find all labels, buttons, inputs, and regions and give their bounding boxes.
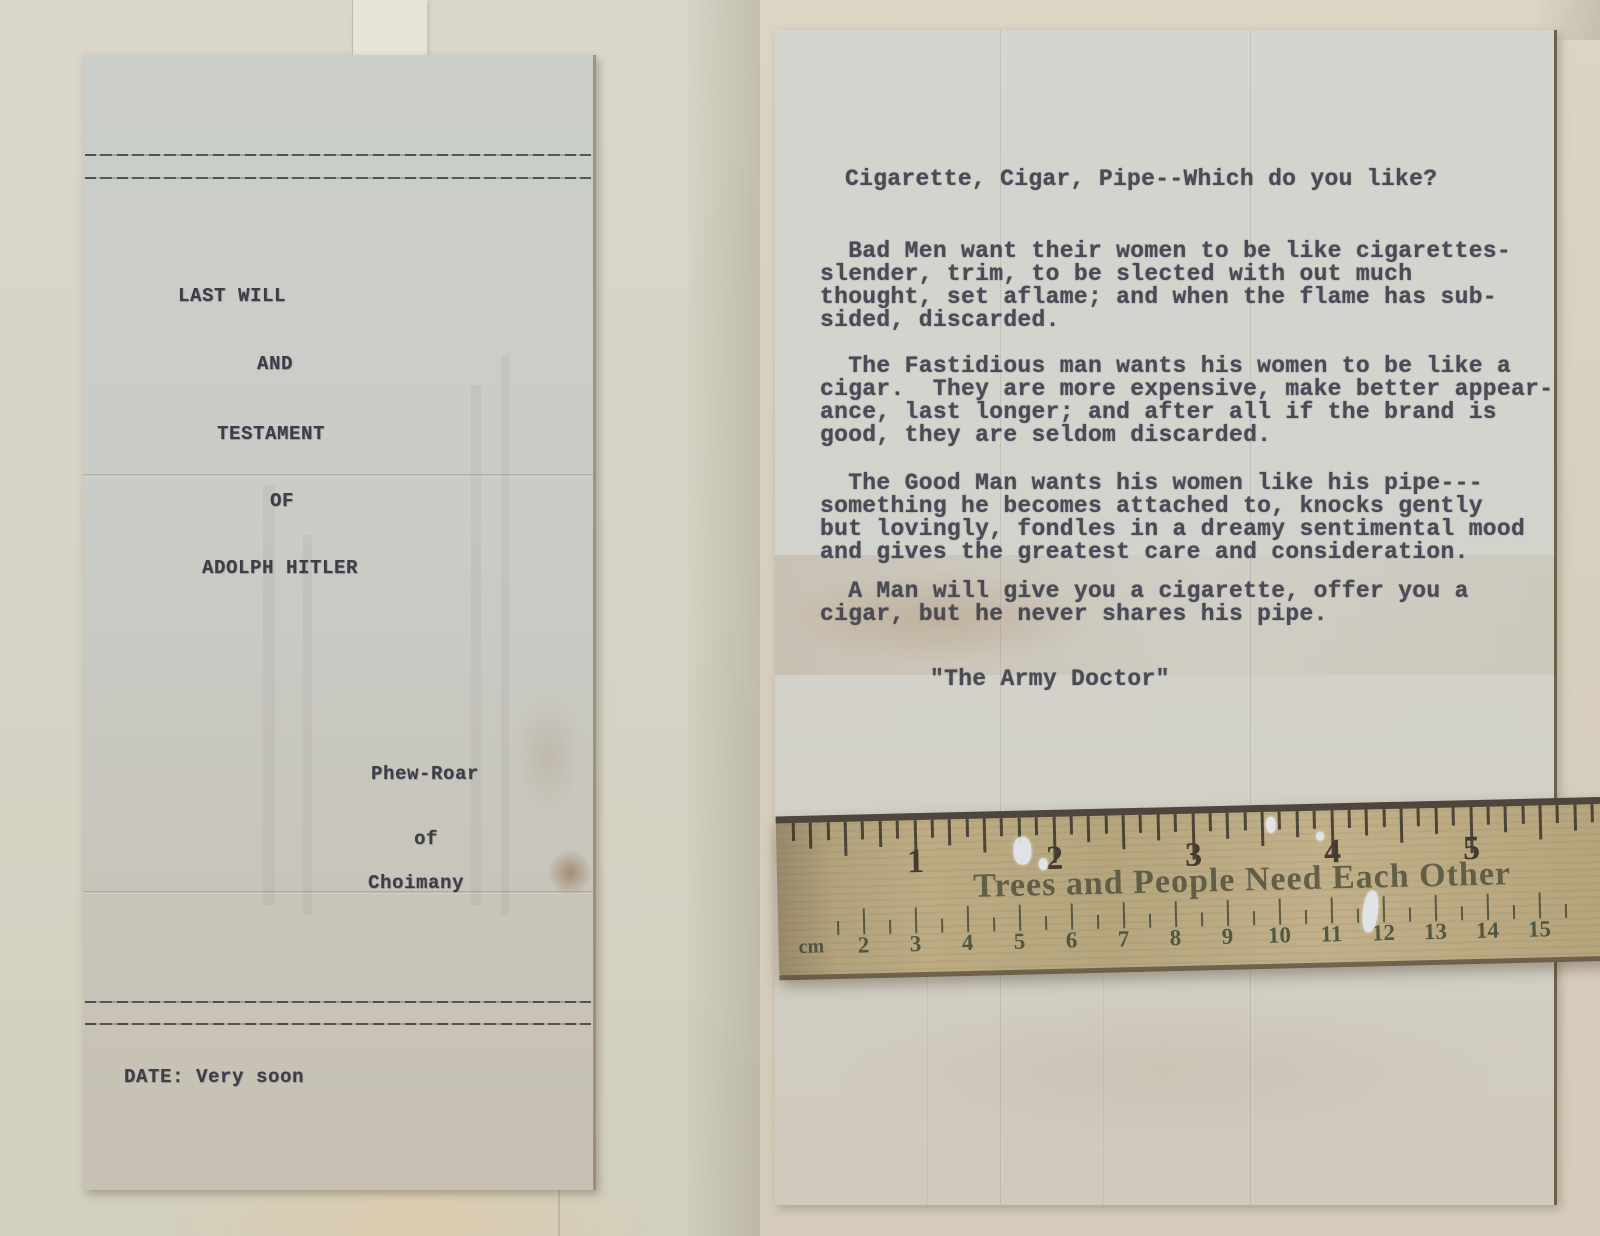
paint-speck: [1013, 836, 1032, 864]
inch-tick: [1295, 811, 1299, 837]
inch-tick: [1486, 807, 1489, 825]
will-title-line-5: ADOLPH HITLER: [202, 557, 358, 579]
cm-tick: [1253, 911, 1255, 925]
inch-tick: [1382, 809, 1385, 827]
inch-tick: [1521, 806, 1524, 824]
letter-heading: Cigarette, Cigar, Pipe--Which do you lik…: [845, 168, 1437, 191]
show-through-streak: [263, 485, 275, 905]
cm-number: 3: [910, 931, 922, 957]
top-dashed-rule-2: [85, 177, 591, 179]
inch-tick: [1365, 810, 1369, 836]
inch-tick: [1069, 816, 1072, 834]
cm-number: 6: [1065, 927, 1077, 953]
inch-tick: [965, 819, 968, 837]
cm-tick: [837, 921, 839, 935]
fold-crease: [83, 891, 593, 894]
cm-tick: [1201, 912, 1203, 926]
cm-number: 15: [1528, 916, 1552, 943]
letter-signature: "The Army Doctor": [930, 668, 1170, 691]
will-title-line-2: AND: [257, 353, 293, 375]
cm-tick: [941, 919, 943, 933]
stain-blob: [815, 990, 1515, 1150]
cm-number: 14: [1476, 917, 1500, 944]
will-author-line-2: of: [414, 828, 438, 850]
inch-tick: [948, 819, 952, 845]
will-date-line: DATE: Very soon: [124, 1066, 304, 1088]
paint-speck: [1266, 817, 1276, 833]
inch-tick: [1347, 810, 1350, 828]
cm-tick: [993, 917, 995, 931]
cm-tick: [1461, 906, 1463, 920]
inch-tick: [1000, 818, 1003, 836]
inch-tick: [1504, 806, 1508, 832]
cm-tick: [1097, 915, 1099, 929]
letter-paragraph-1: Bad Men want their women to be like ciga…: [820, 240, 1511, 332]
will-author-line-3: Choimany: [368, 872, 464, 894]
paint-speck: [1039, 858, 1048, 870]
inch-tick: [1035, 817, 1038, 835]
cm-tick: [1045, 916, 1047, 930]
cm-tick: [1305, 910, 1307, 924]
inch-tick: [1278, 812, 1281, 830]
inch-tick: [1452, 807, 1455, 825]
inch-tick: [1104, 816, 1107, 834]
will-title-line-3: TESTAMENT: [217, 423, 325, 445]
inch-tick: [1573, 805, 1577, 831]
letter-paragraph-2: The Fastidious man wants his women to be…: [820, 355, 1553, 447]
brown-stain: [513, 695, 583, 815]
cm-number: 2: [858, 932, 870, 958]
inch-tick: [896, 821, 899, 839]
wall-seam: [558, 1185, 560, 1236]
fold-crease: [83, 474, 593, 477]
inch-tick: [792, 823, 795, 841]
inch-tick: [1208, 813, 1211, 831]
cm-number: 13: [1424, 919, 1448, 946]
will-author-line-1: Phew-Roar: [371, 763, 479, 785]
inch-tick: [1417, 808, 1420, 826]
inch-number: 1: [907, 843, 925, 881]
cm-number: 11: [1320, 921, 1342, 948]
inch-tick: [826, 822, 829, 840]
inch-tick: [1087, 816, 1091, 842]
inch-tick: [1556, 805, 1559, 823]
inch-tick: [931, 820, 934, 838]
inch-tick: [1591, 804, 1594, 822]
show-through-streak: [471, 385, 481, 905]
will-title-line-1: LAST WILL: [178, 285, 286, 307]
photo-composite: LAST WILL AND TESTAMENT OF ADOLPH HITLER…: [0, 0, 1600, 1236]
inch-tick: [878, 821, 882, 847]
bottom-dashed-rule-2: [85, 1023, 591, 1025]
inch-tick: [1174, 814, 1177, 832]
cm-tick: [1357, 909, 1359, 923]
tape-strip: [352, 0, 427, 62]
letter-paragraph-4: A Man will give you a cigarette, offer y…: [820, 580, 1469, 626]
cm-number: 10: [1268, 922, 1292, 949]
cm-number: 9: [1221, 924, 1233, 950]
inch-tick: [1139, 815, 1142, 833]
show-through-streak: [501, 355, 509, 915]
cm-tick: [1409, 908, 1411, 922]
cm-number: 7: [1117, 926, 1129, 952]
will-title-line-4: OF: [270, 490, 294, 512]
inch-tick: [1313, 811, 1316, 829]
wooden-ruler: 1234523456789101112131415 Trees and Peop…: [776, 797, 1600, 981]
cm-tick: [889, 920, 891, 934]
top-dashed-rule-1: [85, 154, 591, 156]
left-photo-will-document: LAST WILL AND TESTAMENT OF ADOLPH HITLER…: [0, 0, 760, 1236]
inch-tick: [1434, 808, 1438, 834]
cm-tick: [1513, 905, 1515, 919]
wall-shadow-band: [688, 0, 760, 1236]
cm-tick: [1149, 914, 1151, 928]
inch-tick: [809, 823, 813, 849]
will-document-paper: [83, 55, 596, 1190]
inch-tick: [1156, 814, 1160, 840]
inch-tick: [1243, 812, 1246, 830]
cm-tick: [1565, 904, 1567, 918]
brown-stain: [548, 850, 592, 896]
inch-tick: [861, 821, 864, 839]
right-photo-army-doctor-letter: Cigarette, Cigar, Pipe--Which do you lik…: [760, 0, 1600, 1236]
ruler-cm-label: cm: [798, 935, 824, 959]
cm-number: 4: [962, 930, 974, 956]
inch-tick: [1226, 813, 1230, 839]
show-through-streak: [303, 535, 312, 915]
cm-number: 5: [1013, 929, 1025, 955]
paint-speck: [1316, 832, 1324, 841]
bottom-dashed-rule-1: [85, 1001, 591, 1003]
letter-paragraph-3: The Good Man wants his women like his pi…: [820, 472, 1525, 564]
cm-number: 8: [1169, 925, 1181, 951]
